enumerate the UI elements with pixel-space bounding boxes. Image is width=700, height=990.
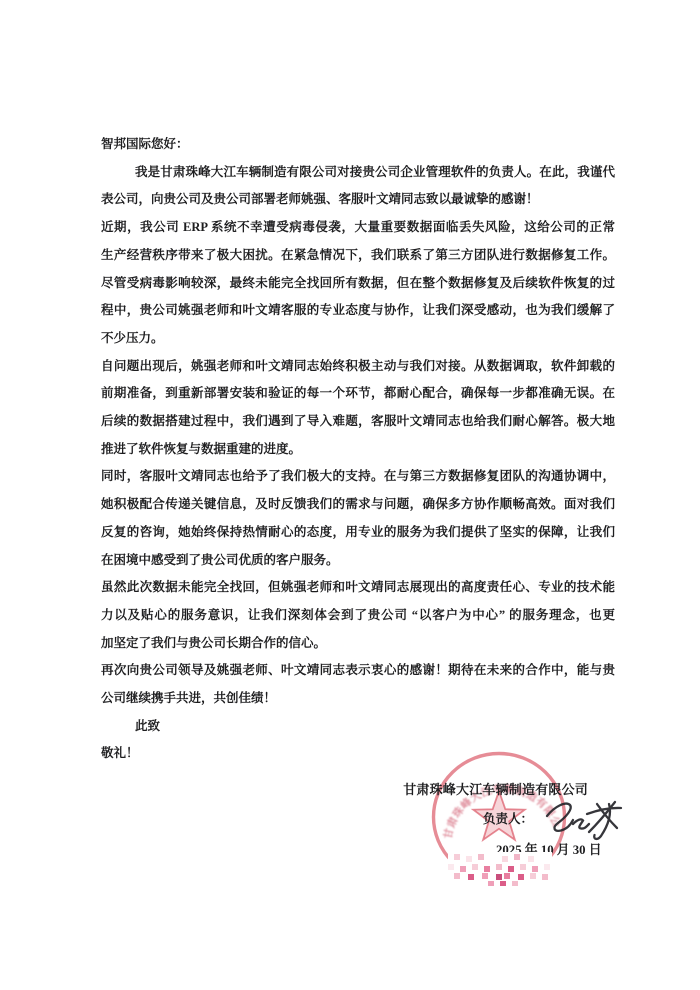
letter-line: 我是甘肃珠峰大江车辆制造有限公司对接贵公司企业管理软件的负责人。在此，我谨代 — [101, 159, 615, 187]
letter-line: 前期准备，到重新部署安装和验证的每一个环节，都耐心配合，确保每一步都准确无误。在 — [101, 380, 615, 408]
letter-line: 尽管受病毒影响较深，最终未能完全找回所有数据，但在整个数据修复及后续软件恢复的过 — [101, 270, 615, 298]
letter-line: 力以及贴心的服务意识，让我们深刻体会到了贵公司 “以客户为中心” 的服务理念，也… — [101, 602, 615, 630]
signer-label: 负责人： — [483, 809, 533, 827]
letter-line: 敬礼！ — [101, 740, 615, 768]
letter-line: 此致 — [101, 713, 615, 741]
letter-line: 自问题出现后，姚强老师和叶文靖同志始终积极主动与我们对接。从数据调取，软件卸载的 — [101, 353, 615, 381]
letter-line: 程中，贵公司姚强老师和叶文靖客服的专业态度与协作，让我们深受感动，也为我们缓解了 — [101, 297, 615, 325]
letter-line: 公司继续携手共进，共创佳绩！ — [101, 685, 615, 713]
letter-line: 推进了软件恢复与数据重建的进度。 — [101, 436, 615, 464]
letter-line: 生产经营秩序带来了极大困扰。在紧急情况下，我们联系了第三方团队进行数据修复工作。 — [101, 242, 615, 270]
letter-line: 再次向贵公司领导及姚强老师、叶文靖同志表示衷心的感谢！期待在未来的合作中，能与贵 — [101, 657, 615, 685]
letter-body: 智邦国际您好：我是甘肃珠峰大江车辆制造有限公司对接贵公司企业管理软件的负责人。在… — [101, 131, 615, 768]
letter-line: 不少压力。 — [101, 325, 615, 353]
letter-line: 反复的咨询，她始终保持热情耐心的态度，用专业的服务为我们提供了坚实的保障，让我们 — [101, 519, 615, 547]
letter-page: 甘肃珠峰大江车辆制造有限公司 智邦国际您好：我是甘肃珠峰大江车辆制造有限公司对接… — [0, 0, 700, 990]
letter-line: 智邦国际您好： — [101, 131, 615, 159]
signature-handwriting — [542, 795, 624, 843]
letter-line: 同时，客服叶文靖同志也给予了我们极大的支持。在与第三方数据修复团队的沟通协调中， — [101, 463, 615, 491]
redaction-mosaic — [448, 852, 552, 886]
letter-line: 后续的数据搭建过程中，我们遇到了导入难题，客服叶文靖同志也给我们耐心解答。极大地 — [101, 408, 615, 436]
letter-line: 她积极配合传递关键信息，及时反馈我们的需求与问题，确保多方协作顺畅高效。面对我们 — [101, 491, 615, 519]
letter-line: 虽然此次数据未能完全找回，但姚强老师和叶文靖同志展现出的高度责任心、专业的技术能 — [101, 574, 615, 602]
letter-line: 近期，我公司 ERP 系统不幸遭受病毒侵袭，大量重要数据面临丢失风险，这给公司的… — [101, 214, 615, 242]
letter-line: 在困境中感受到了贵公司优质的客户服务。 — [101, 547, 615, 575]
letter-line: 表公司，向贵公司及贵公司部署老师姚强、客服叶文靖同志致以最诚挚的感谢！ — [101, 186, 615, 214]
letter-line: 加坚定了我们与贵公司长期合作的信心。 — [101, 630, 615, 658]
